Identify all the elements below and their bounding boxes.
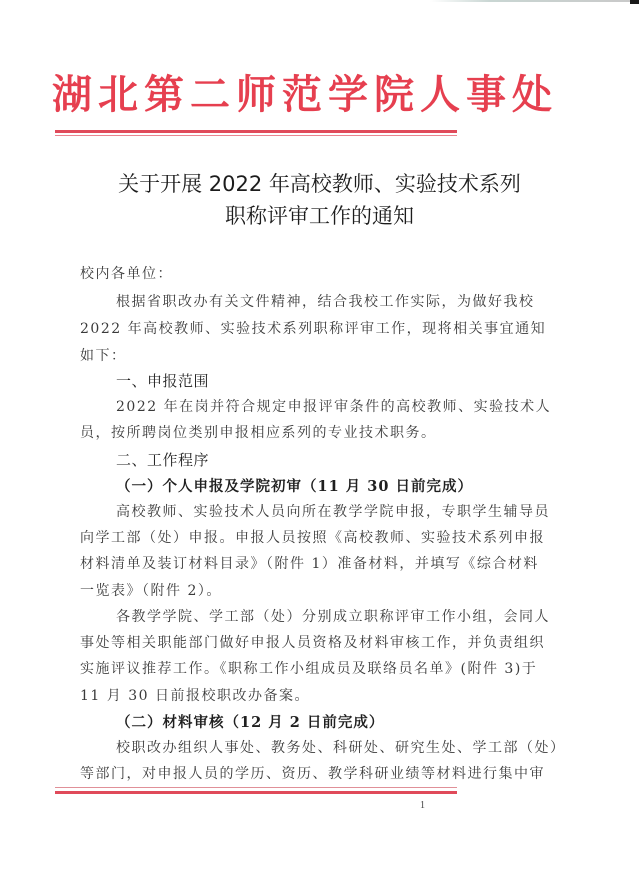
salutation: 校内各单位： [80, 263, 173, 283]
paragraph-line: 员，按所聘岗位类别申报相应系列的专业技术职务。 [80, 422, 437, 442]
paragraph-line: 根据省职改办有关文件精神，结合我校工作实际，为做好我校 [116, 291, 535, 311]
paragraph-line: 校职改办组织人事处、教务处、科研处、研究生处、学工部（处） [116, 737, 566, 757]
paragraph-line: 向学工部（处）申报。申报人员按照《高校教师、实验技术系列申报 [80, 527, 545, 547]
paragraph-line: 等部门，对申报人员的学历、资历、教学科研业绩等材料进行集中审 [80, 763, 545, 783]
footer-rule-thick [55, 791, 457, 794]
paragraph-line: 11 月 30 日前报校职改办备案。 [80, 685, 310, 705]
paragraph-line: 一览表》（附件 2）。 [80, 580, 222, 600]
letterhead-org-name: 湖北第二师范学院人事处 [52, 68, 460, 122]
subsection-heading-personal-application: （一）个人申报及学院初审（11 月 30 日前完成） [116, 475, 473, 496]
document-title: 关于开展 2022 年高校教师、实验技术系列 职称评审工作的通知 [0, 168, 639, 232]
section-heading-procedure: 二、工作程序 [116, 449, 209, 470]
section-heading-scope: 一、申报范围 [116, 370, 209, 391]
page-number: 1 [420, 800, 425, 811]
letterhead-rule-thin [55, 135, 457, 136]
scan-corner-artifact [630, 0, 639, 4]
paragraph-line: 各教学学院、学工部（处）分别成立职称评审工作小组，会同人 [116, 606, 550, 626]
letterhead-rule-thick [55, 130, 457, 133]
title-line-2: 职称评审工作的通知 [0, 200, 639, 232]
paragraph-line: 如下： [80, 345, 127, 365]
subsection-heading-material-review: （二）材料审核（12 月 2 日前完成） [116, 711, 384, 732]
paragraph-line: 材料清单及装订材料目录》（附件 1）准备材料，并填写《综合材料 [80, 553, 539, 573]
footer-rule-thin [55, 787, 457, 788]
paragraph-line: 事处等相关职能部门做好申报人员资格及材料审核工作，并负责组织 [80, 632, 545, 652]
paragraph-line: 高校教师、实验技术人员向所在教学学院申报，专职学生辅导员 [116, 501, 550, 521]
paragraph-line: 2022 年高校教师、实验技术系列职称评审工作，现将相关事宜通知 [80, 318, 546, 338]
paragraph-line: 2022 年在岗并符合规定申报评审条件的高校教师、实验技术人 [116, 396, 551, 416]
scan-edge-artifact [430, 0, 630, 2]
title-line-1: 关于开展 2022 年高校教师、实验技术系列 [0, 168, 639, 200]
paragraph-line: 实施评议推荐工作。《职称工作小组成员及联络员名单》(附件 3)于 [80, 658, 537, 678]
